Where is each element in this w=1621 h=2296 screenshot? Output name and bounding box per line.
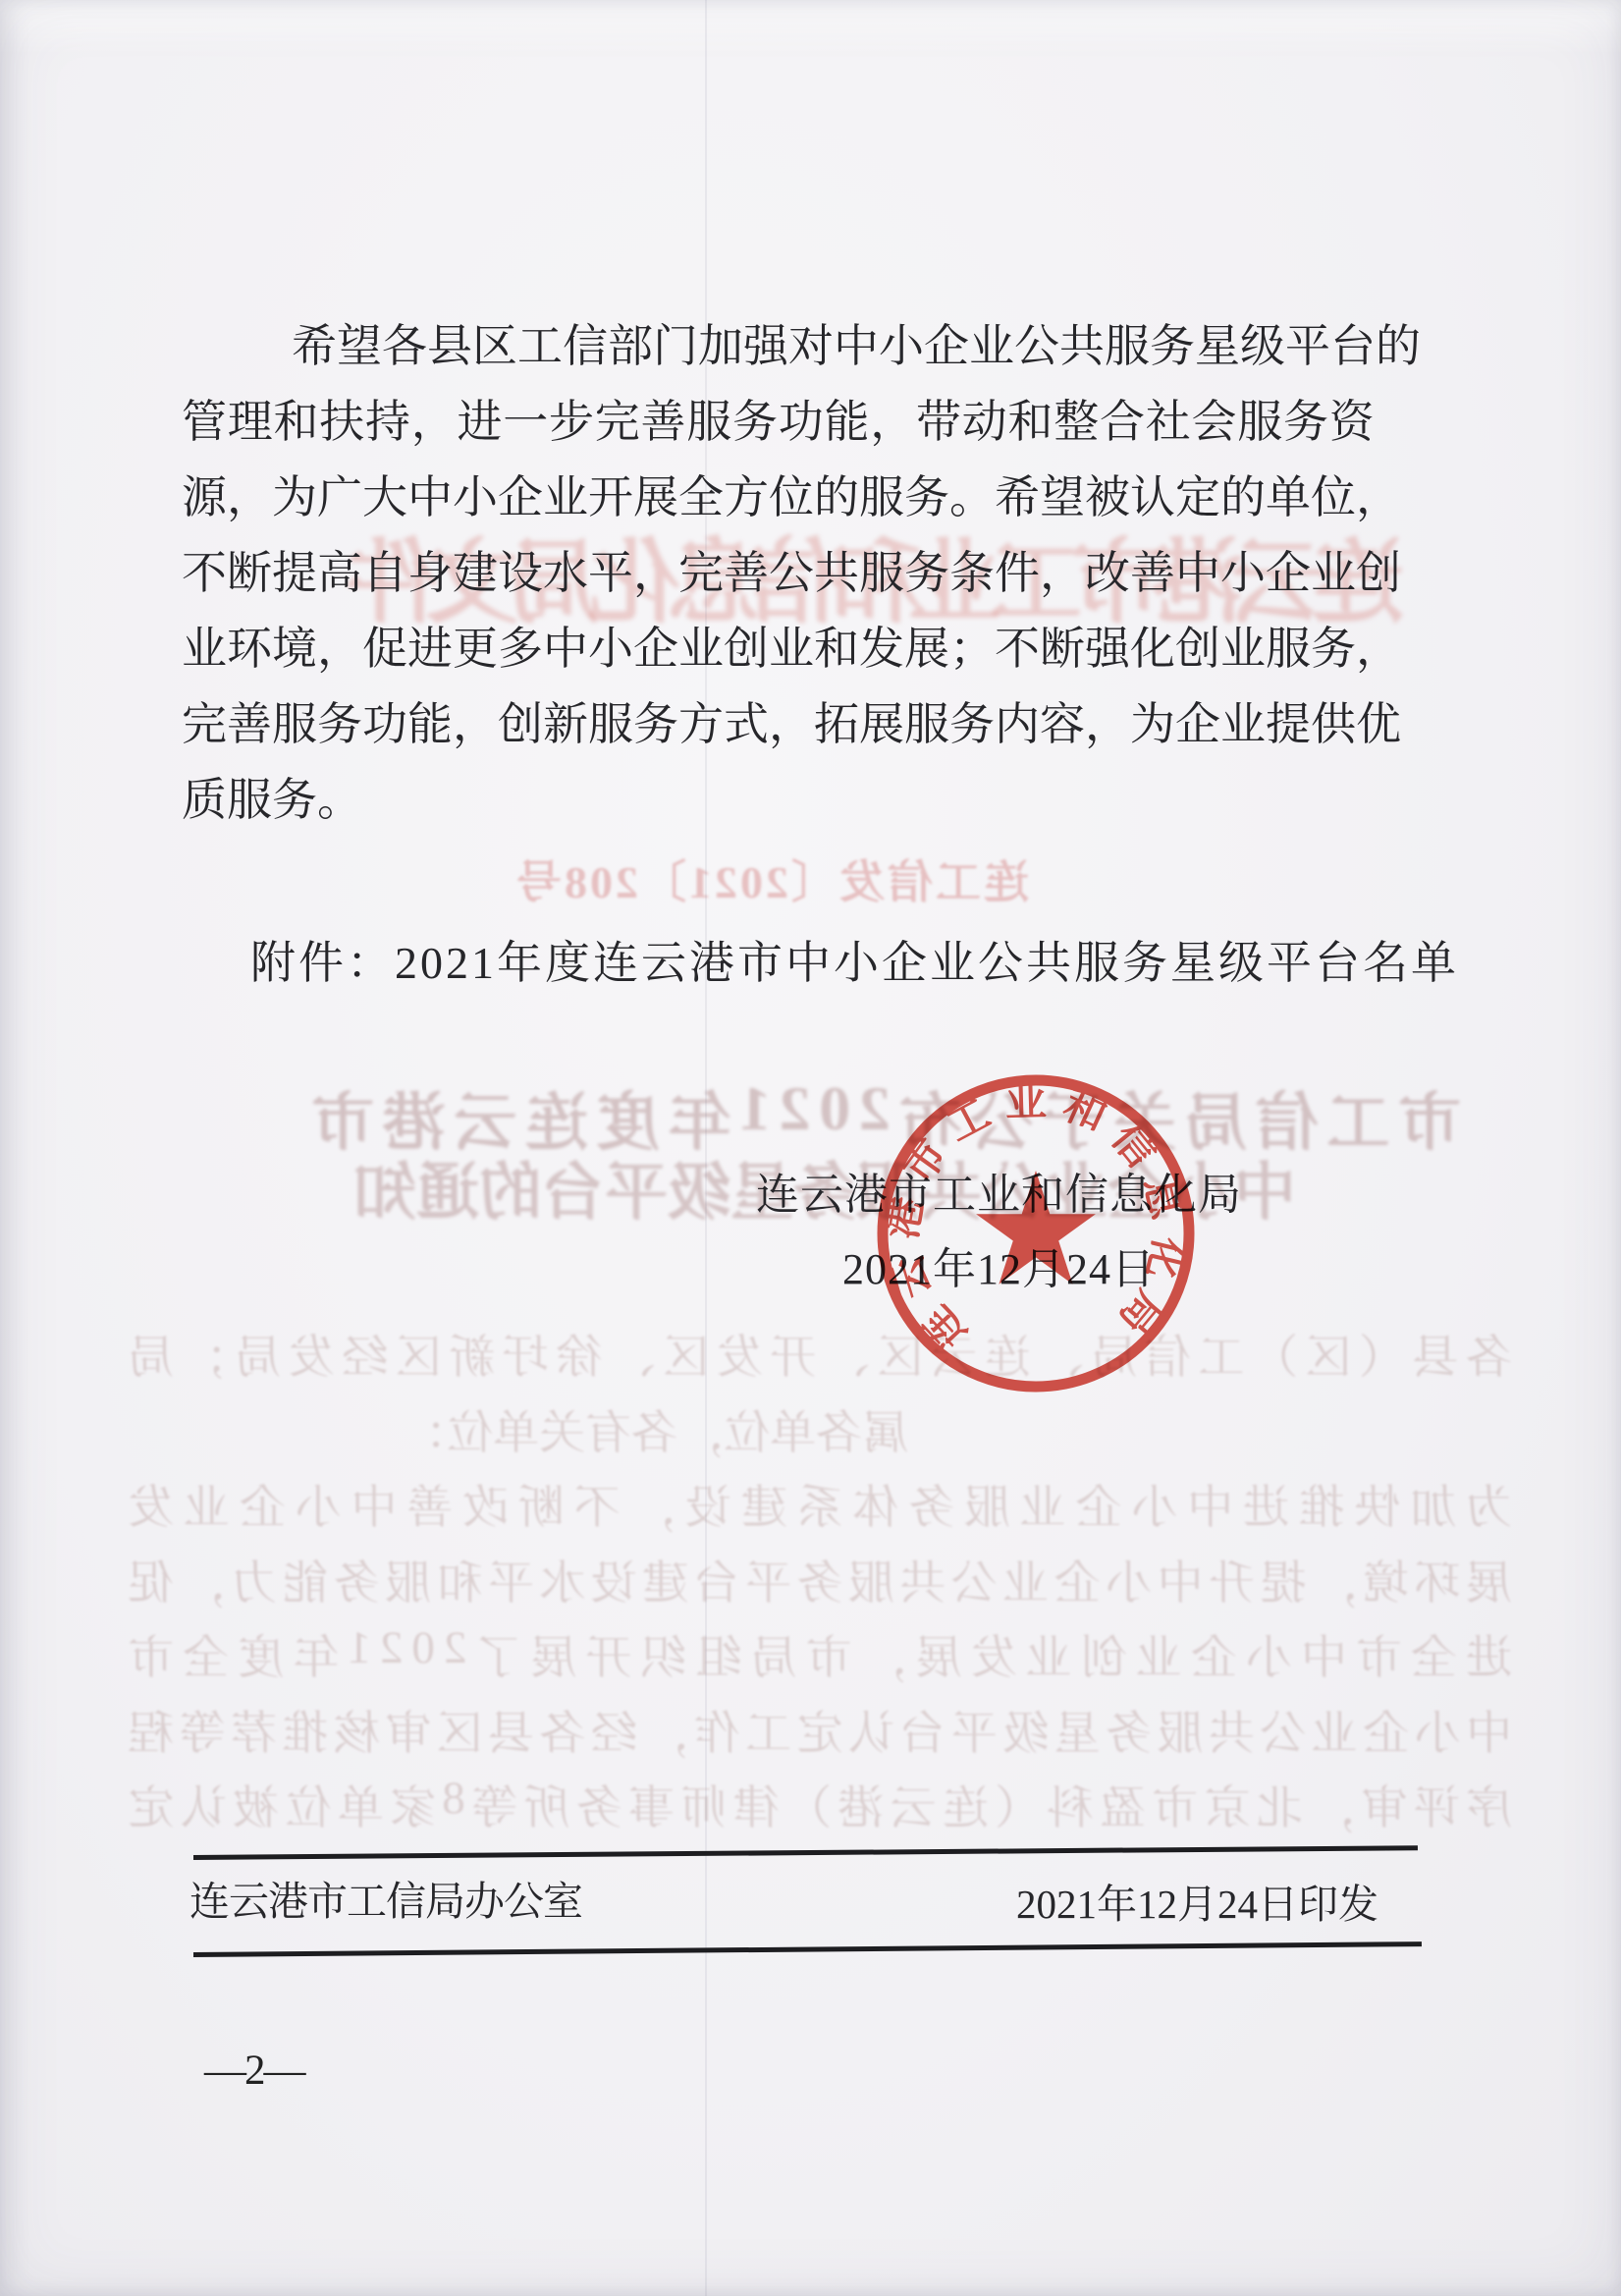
footer-office: 连云港市工信局办公室	[189, 1869, 582, 1927]
bleed-body-line: 展环境，提升中小企业公共服务平台建设水平和服务能力，促	[128, 1547, 1512, 1598]
bleed-doc-number: 连工信发〔2021〕208号	[536, 847, 1029, 911]
scanned-document-page: 连云港市工业和信息化局文件 连工信发〔2021〕208号 市工信局关于公布202…	[0, 0, 1621, 2296]
body-line: 管理和扶持，进一步完善服务功能，带动和整合社会服务资	[182, 398, 1375, 447]
star-icon	[976, 1171, 1096, 1285]
body-line: 源，为广大中小企业开展全方位的服务。希望被认定的单位，	[182, 473, 1375, 522]
official-seal: 连云港市工业和信息化局	[859, 1057, 1213, 1410]
bleed-body-line: 属各单位，各有关单位：	[407, 1396, 908, 1462]
body-line: 不断提高自身建设水平，完善公共服务条件，改善中小企业创	[182, 549, 1375, 598]
bleed-body-line: 各县（区）工信局、连云区、开发区、徐圩新区经发局；局	[128, 1321, 1512, 1372]
bleed-body-line: 为加快推进中小企业服务体系建设，不断改善中小企业发	[128, 1471, 1512, 1522]
page-number: —2—	[204, 2047, 304, 2095]
body-line: 完善服务功能，创新服务方式，拓展服务内容，为企业提供优	[182, 700, 1375, 749]
footer-print-date: 2021年12月24日印发	[1016, 1872, 1378, 1930]
body-line: 质服务。	[182, 776, 1375, 825]
bleed-body-line: 序评审，北京市盈科（连云港）律师事务所等8家单位被认定	[128, 1772, 1512, 1823]
body-line: 业环境，促进更多中小企业创业和发展；不断强化创业服务，	[182, 625, 1375, 674]
footer-rule-top	[193, 1845, 1418, 1860]
body-line: 希望各县区工信部门加强对中小企业公共服务星级平台的	[182, 322, 1375, 371]
footer-rule-bottom	[193, 1941, 1422, 1957]
attachment-line: 附件：2021年度连云港市中小企业公共服务星级平台名单	[250, 927, 1459, 992]
bleed-body-line: 进全市中小企业创业发展，市局组织开展了2021年度全市	[128, 1621, 1512, 1672]
bleed-body-line: 中小企业公共服务星级平台认定工作，经各县区审核推荐等程	[128, 1697, 1512, 1748]
